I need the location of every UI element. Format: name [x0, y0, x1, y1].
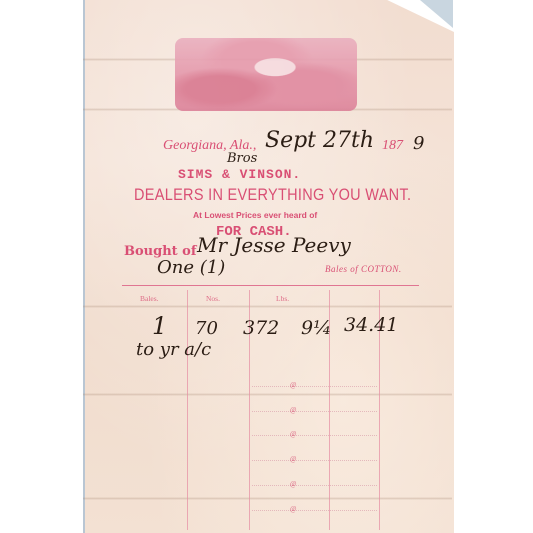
- fold-crease: [83, 497, 452, 500]
- header-bales: Bales.: [140, 294, 159, 303]
- year-handwritten: 9: [413, 133, 424, 154]
- firm-name: SIMS & VINSON.: [178, 167, 301, 182]
- fold-crease: [83, 393, 452, 396]
- row-leader-dots: [252, 510, 377, 511]
- row-leader-dots: [252, 460, 377, 461]
- cell-lbs: 372: [243, 317, 279, 339]
- header-nos: Nos.: [206, 294, 220, 303]
- subtagline: At Lowest Prices ever heard of: [193, 210, 317, 220]
- row-leader-dots: [252, 485, 377, 486]
- cell-amount: 34.41: [344, 314, 398, 336]
- engraved-cart-vignette: [175, 38, 357, 111]
- column-divider: [187, 290, 188, 530]
- cell-bales: 1: [152, 312, 167, 340]
- cell-nos: 70: [195, 318, 218, 339]
- at-symbol: @: [290, 381, 296, 389]
- table-top-rule: [122, 285, 419, 286]
- at-symbol: @: [290, 455, 296, 463]
- row-leader-dots: [252, 386, 377, 387]
- quantity-handwritten: One (1): [157, 257, 225, 278]
- date-handwritten: Sept 27th: [265, 128, 374, 153]
- bros-handwritten: Bros: [227, 151, 257, 166]
- account-note: to yr a/c: [136, 339, 211, 360]
- row-leader-dots: [252, 435, 377, 436]
- bales-of-cotton-label: Bales of COTTON.: [325, 264, 402, 274]
- header-lbs: Lbs.: [276, 294, 289, 303]
- at-symbol: @: [290, 480, 296, 488]
- at-symbol: @: [290, 430, 296, 438]
- at-symbol: @: [290, 406, 296, 414]
- tagline: DEALERS IN EVERYTHING YOU WANT.: [134, 186, 411, 204]
- fold-crease: [83, 305, 452, 308]
- cell-rate: 9¼: [301, 317, 332, 339]
- row-leader-dots: [252, 411, 377, 412]
- seller-handwritten: Mr Jesse Peevy: [197, 233, 351, 257]
- at-symbol: @: [290, 505, 296, 513]
- year-printed: 187: [382, 138, 403, 154]
